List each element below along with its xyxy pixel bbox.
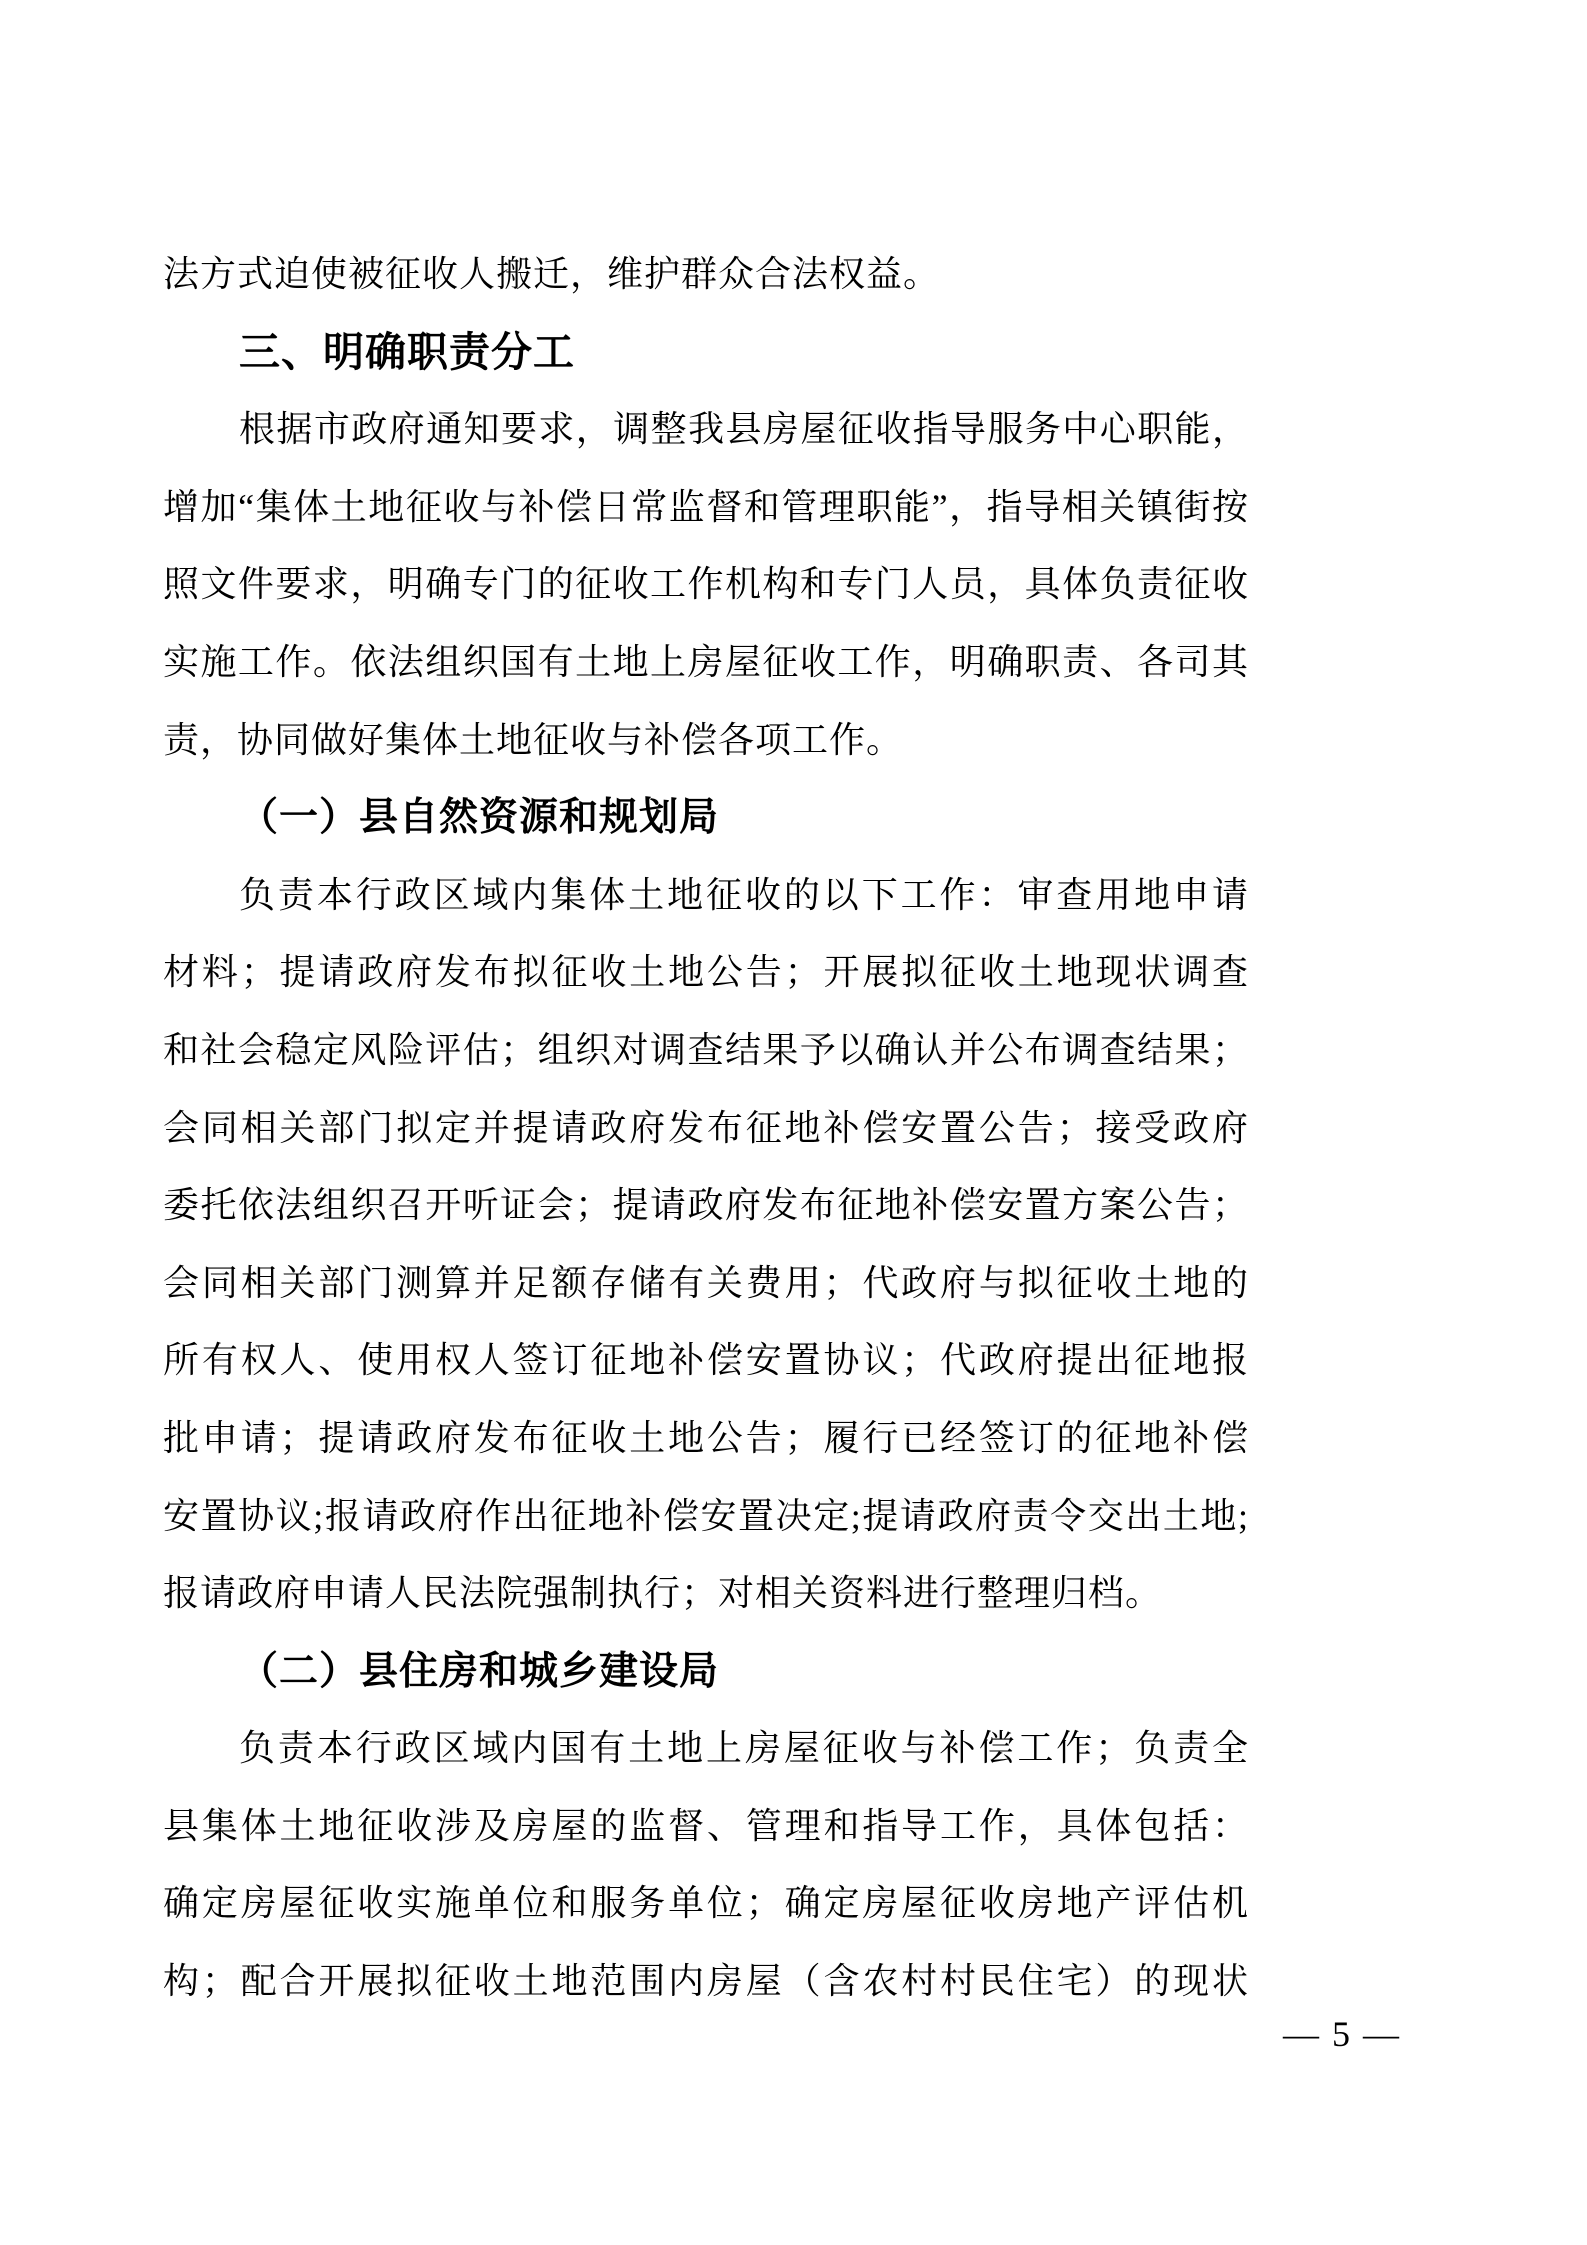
- text-line: 法方式迫使被征收人搬迁，维护群众合法权益。: [163, 236, 1249, 314]
- document-body: 法方式迫使被征收人搬迁，维护群众合法权益。 三、明确职责分工 根据市政府通知要求…: [163, 236, 1249, 2021]
- section-heading-3: 三、明确职责分工: [163, 314, 1249, 392]
- text-line: 负责本行政区域内国有土地上房屋征收与补偿工作；负责全: [163, 1710, 1249, 1788]
- page-number: — 5 —: [1283, 2010, 1401, 2058]
- text-line: 安置协议;报请政府作出征地补偿安置决定;提请政府责令交出土地;: [163, 1478, 1249, 1556]
- text-line: 材料；提请政府发布拟征收土地公告；开展拟征收土地现状调查: [163, 934, 1249, 1012]
- text-line: 所有权人、使用权人签订征地补偿安置协议；代政府提出征地报: [163, 1322, 1249, 1400]
- text-line: 增加“集体土地征收与补偿日常监督和管理职能”，指导相关镇街按: [163, 469, 1249, 547]
- text-line: 负责本行政区域内集体土地征收的以下工作：审查用地申请: [163, 857, 1249, 935]
- subsection-heading-1: （一）县自然资源和规划局: [163, 779, 1249, 857]
- text-line: 责，协同做好集体土地征收与补偿各项工作。: [163, 702, 1249, 780]
- text-line: 照文件要求，明确专门的征收工作机构和专门人员，具体负责征收: [163, 546, 1249, 624]
- text-line: 和社会稳定风险评估；组织对调查结果予以确认并公布调查结果；: [163, 1012, 1249, 1090]
- text-line: 县集体土地征收涉及房屋的监督、管理和指导工作，具体包括：: [163, 1788, 1249, 1866]
- document-page: 法方式迫使被征收人搬迁，维护群众合法权益。 三、明确职责分工 根据市政府通知要求…: [0, 0, 1587, 2245]
- text-line: 会同相关部门测算并足额存储有关费用；代政府与拟征收土地的: [163, 1245, 1249, 1323]
- text-line: 根据市政府通知要求，调整我县房屋征收指导服务中心职能，: [163, 391, 1249, 469]
- text-line: 确定房屋征收实施单位和服务单位；确定房屋征收房地产评估机: [163, 1865, 1249, 1943]
- text-line: 批申请；提请政府发布征收土地公告；履行已经签订的征地补偿: [163, 1400, 1249, 1478]
- text-line: 会同相关部门拟定并提请政府发布征地补偿安置公告；接受政府: [163, 1090, 1249, 1168]
- subsection-heading-2: （二）县住房和城乡建设局: [163, 1633, 1249, 1711]
- text-line: 委托依法组织召开听证会；提请政府发布征地补偿安置方案公告；: [163, 1167, 1249, 1245]
- text-line: 实施工作。依法组织国有土地上房屋征收工作，明确职责、各司其: [163, 624, 1249, 702]
- text-line: 报请政府申请人民法院强制执行；对相关资料进行整理归档。: [163, 1555, 1249, 1633]
- text-line: 构；配合开展拟征收土地范围内房屋（含农村村民住宅）的现状: [163, 1943, 1249, 2021]
